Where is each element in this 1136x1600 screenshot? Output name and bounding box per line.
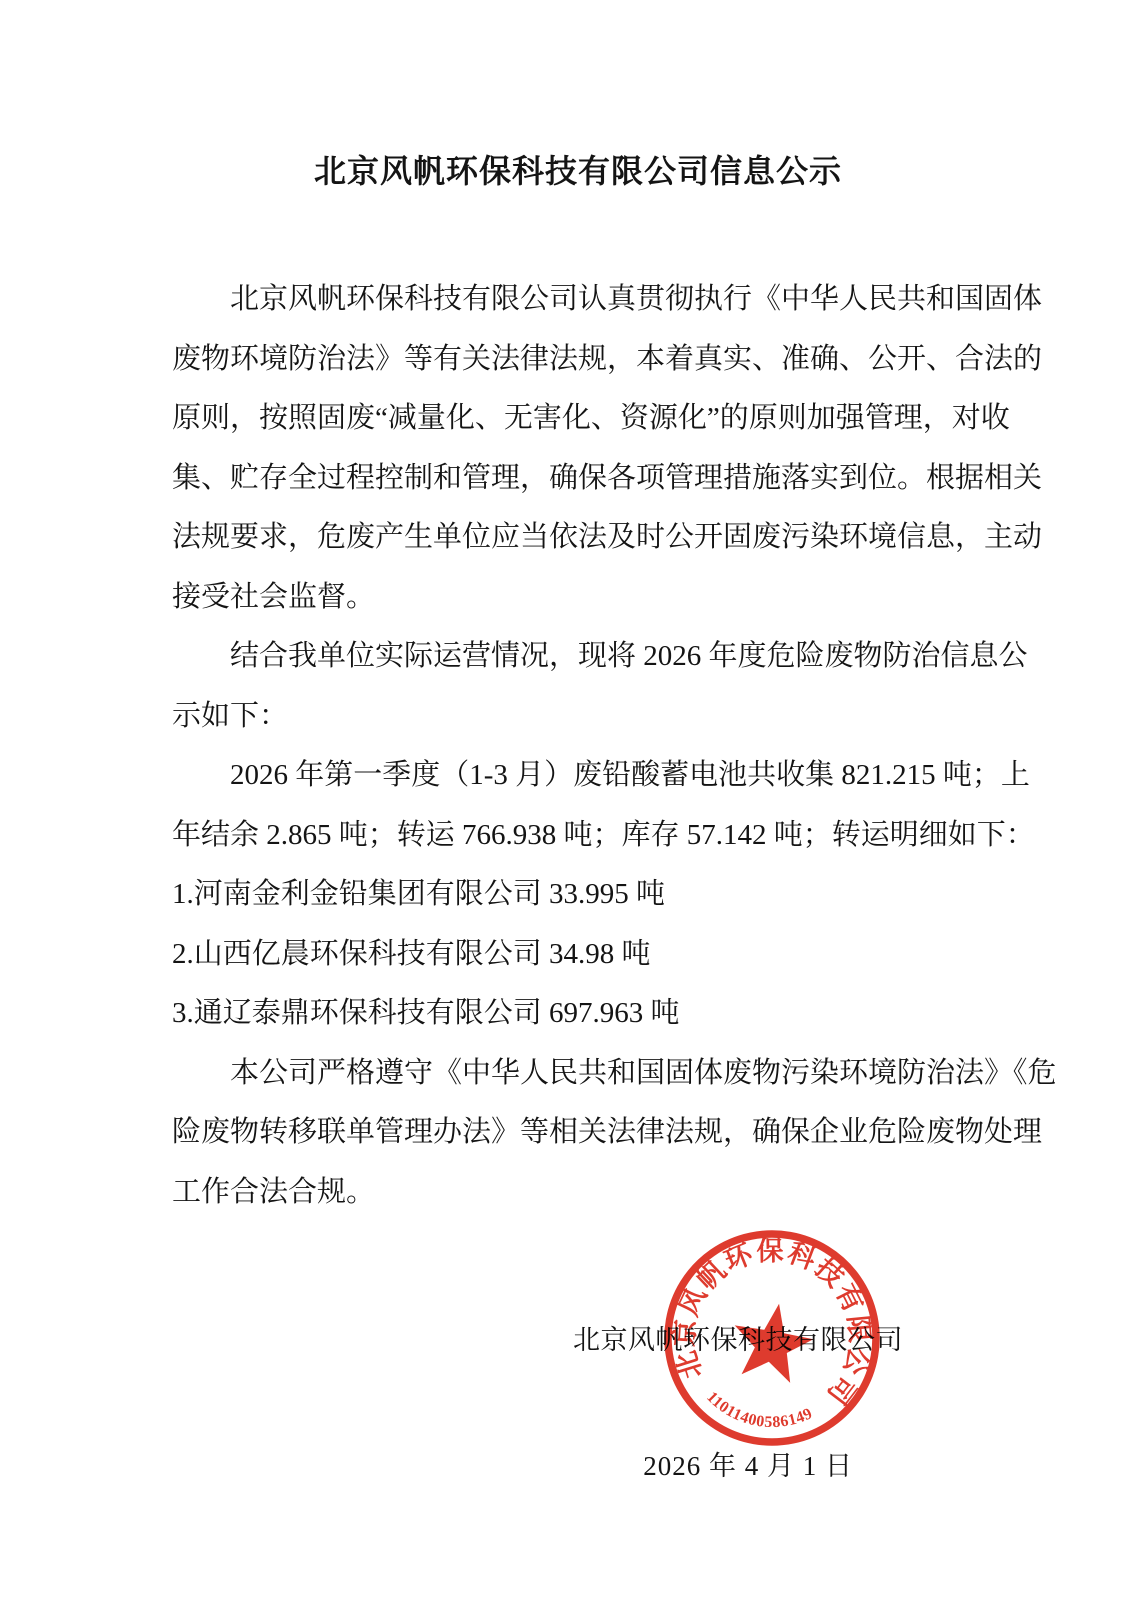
body-line: 结合我单位实际运营情况，现将 2026 年度危险废物防治信息公 — [172, 627, 1032, 687]
document-page: 北京风帆环保科技有限公司信息公示 北京风帆环保科技有限公司认真贯彻执行《中华人民… — [0, 0, 1136, 1600]
transfer-list-item: 1.河南金利金铅集团有限公司 33.995 吨 — [172, 865, 1032, 925]
body-line: 险废物转移联单管理办法》等相关法律法规，确保企业危险废物处理 — [172, 1103, 1032, 1163]
company-seal-stamp: 北京风帆环保科技有限公司 11011400586149 — [633, 1199, 911, 1477]
document-body: 北京风帆环保科技有限公司认真贯彻执行《中华人民共和国固体 废物环境防治法》等有关… — [172, 270, 1032, 1222]
transfer-list-item: 3.通辽泰鼎环保科技有限公司 697.963 吨 — [172, 984, 1032, 1044]
body-line: 年结余 2.865 吨；转运 766.938 吨；库存 57.142 吨；转运明… — [172, 806, 1032, 866]
seal-star-icon — [727, 1297, 819, 1386]
body-line: 工作合法合规。 — [172, 1163, 1032, 1223]
page-title: 北京风帆环保科技有限公司信息公示 — [172, 146, 984, 192]
body-line: 本公司严格遵守《中华人民共和国固体废物污染环境防治法》《危 — [172, 1044, 1032, 1104]
body-line: 2026 年第一季度（1-3 月）废铅酸蓄电池共收集 821.215 吨；上 — [172, 746, 1032, 806]
body-line: 示如下： — [172, 687, 1032, 747]
body-line: 废物环境防治法》等有关法律法规，本着真实、准确、公开、合法的 — [172, 330, 1032, 390]
body-line: 原则，按照固废“减量化、无害化、资源化”的原则加强管理，对收 — [172, 389, 1032, 449]
body-line: 北京风帆环保科技有限公司认真贯彻执行《中华人民共和国固体 — [172, 270, 1032, 330]
transfer-list-item: 2.山西亿晨环保科技有限公司 34.98 吨 — [172, 925, 1032, 985]
seal-serial-number: 11011400586149 — [700, 1387, 818, 1440]
body-line: 接受社会监督。 — [172, 568, 1032, 628]
body-line: 法规要求，危废产生单位应当依法及时公开固废污染环境信息，主动 — [172, 508, 1032, 568]
svg-text:11011400586149: 11011400586149 — [700, 1387, 818, 1440]
body-line: 集、贮存全过程控制和管理，确保各项管理措施落实到位。根据相关 — [172, 449, 1032, 509]
